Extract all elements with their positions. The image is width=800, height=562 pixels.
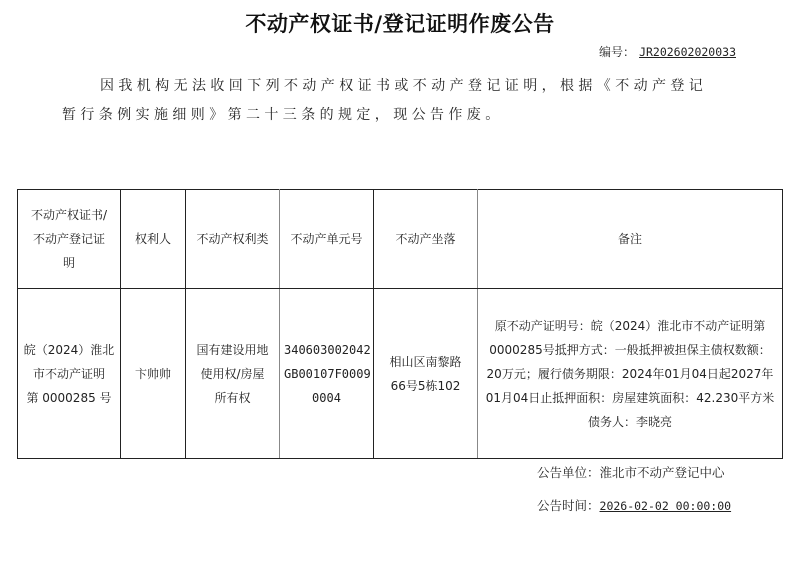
table-header-row: 不动产权证书/ 不动产登记证 明 权利人 不动产权利类 不动产单元号 不动产坐落… [18, 190, 783, 289]
announcement-time: 公告时间：2026-02-02 00:00:00 [537, 496, 731, 514]
voided-certificates-table: 不动产权证书/ 不动产登记证 明 权利人 不动产权利类 不动产单元号 不动产坐落… [17, 189, 783, 459]
header-location: 不动产坐落 [374, 190, 478, 289]
announcing-unit: 公告单位：淮北市不动产登记中心 [537, 463, 725, 481]
header-right-type: 不动产权利类 [186, 190, 280, 289]
header-remarks: 备注 [478, 190, 783, 289]
document-number-value: JR202602020033 [639, 45, 736, 59]
header-unit-number: 不动产单元号 [280, 190, 374, 289]
cell-remarks: 原不动产证明号：皖（2024）淮北市不动产证明第0000285号抵押方式：一般抵… [478, 289, 783, 459]
announcing-unit-label: 公告单位： [537, 465, 600, 480]
document-number: 编号：JR202602020033 [599, 43, 736, 60]
cell-unit-number: 340603002042 GB00107F0009 0004 [280, 289, 374, 459]
table-row: 皖（2024）淮北 市不动产证明 第 0000285 号 卞帅帅 国有建设用地 … [18, 289, 783, 459]
cell-certificate: 皖（2024）淮北 市不动产证明 第 0000285 号 [18, 289, 121, 459]
announcement-time-label: 公告时间： [537, 498, 600, 513]
document-number-label: 编号： [599, 45, 635, 59]
announcement-paragraph: 因我机构无法收回下列不动产权证书或不动产登记证明，根据《不动产登记 暂行条例实施… [62, 72, 742, 130]
cell-holder: 卞帅帅 [121, 289, 186, 459]
header-holder: 权利人 [121, 190, 186, 289]
announcing-unit-value: 淮北市不动产登记中心 [600, 465, 725, 480]
paragraph-line-1: 因我机构无法收回下列不动产权证书或不动产登记证明，根据《不动产登记 [100, 78, 707, 94]
cell-right-type: 国有建设用地 使用权/房屋 所有权 [186, 289, 280, 459]
announcement-time-value: 2026-02-02 00:00:00 [600, 499, 732, 513]
paragraph-line-2: 暂行条例实施细则》第二十三条的规定，现公告作废。 [62, 107, 504, 123]
header-certificate: 不动产权证书/ 不动产登记证 明 [18, 190, 121, 289]
cell-location: 相山区南黎路 66号5栋102 [374, 289, 478, 459]
page-title: 不动产权证书/登记证明作废公告 [0, 8, 800, 38]
